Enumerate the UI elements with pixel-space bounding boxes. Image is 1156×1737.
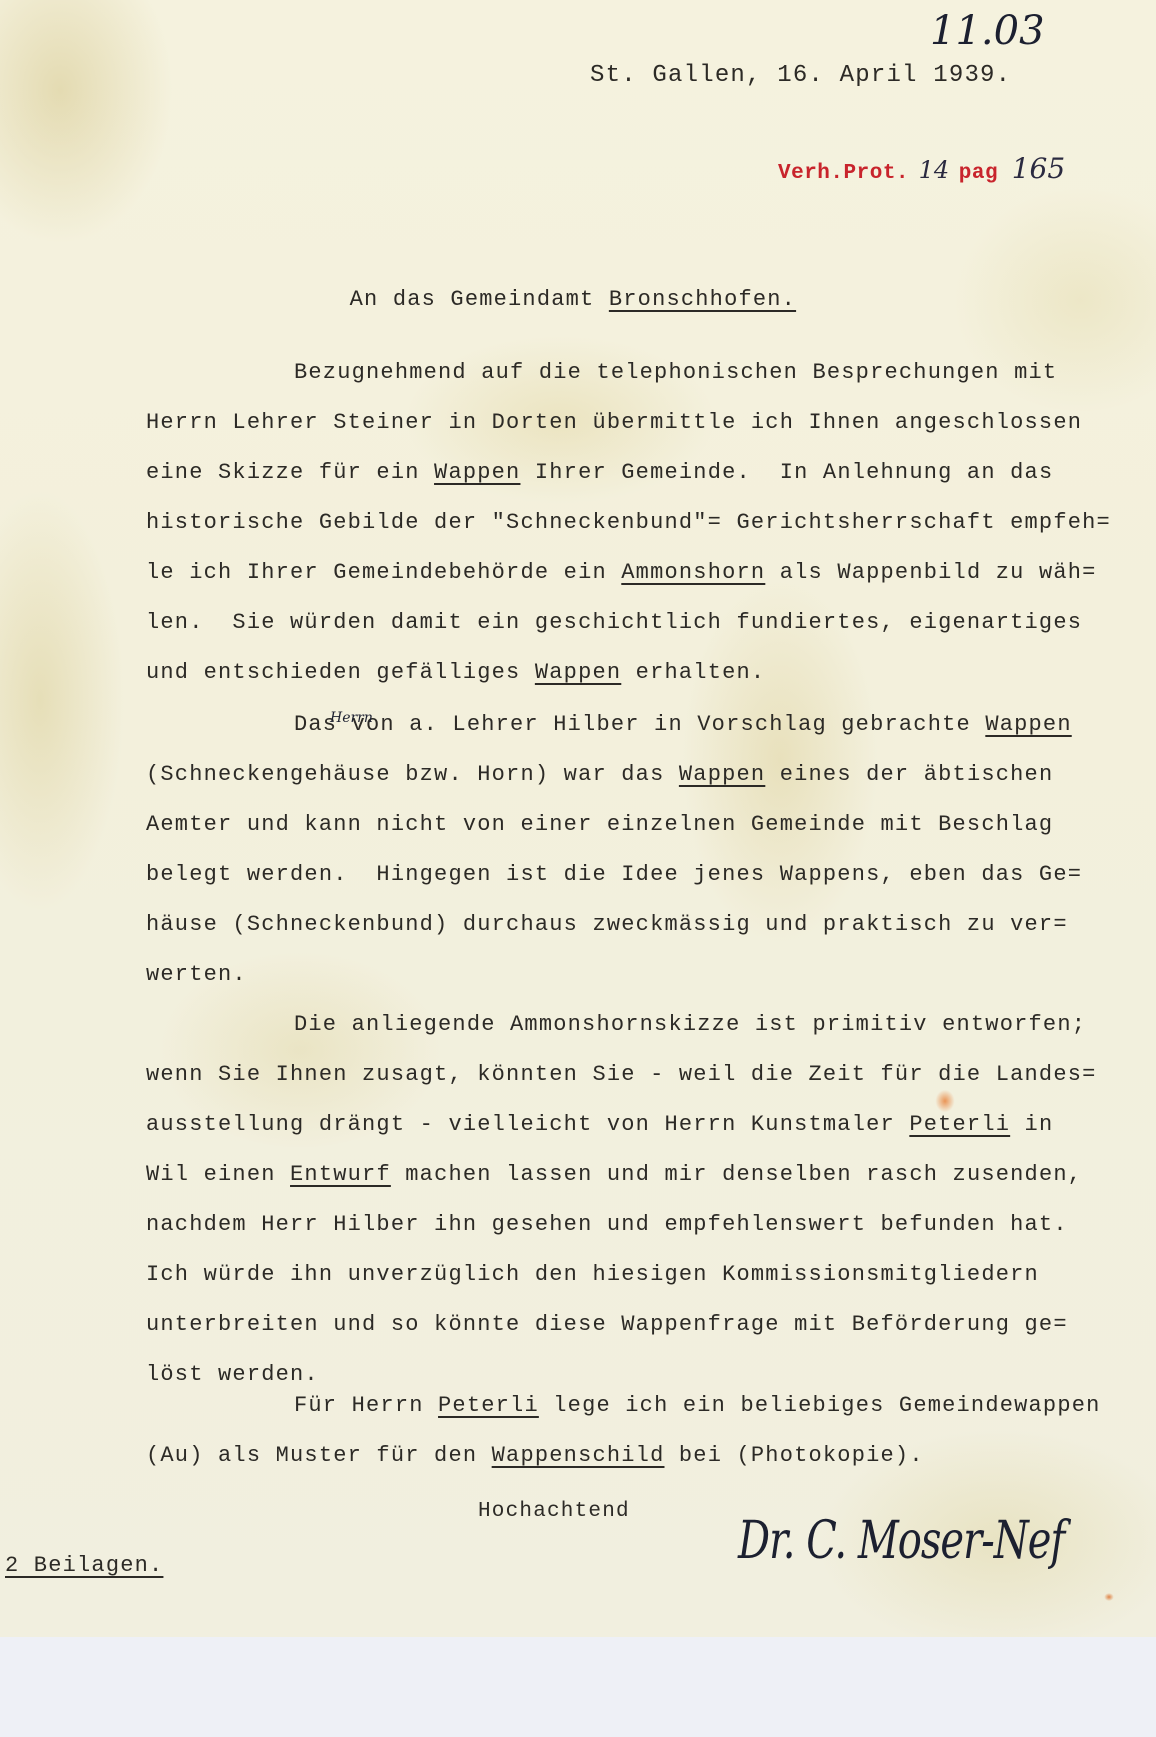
letter-line: belegt werden. Hingegen ist die Idee jen…	[146, 862, 1082, 887]
signature: Dr. C. Moser-Nef	[738, 1511, 1064, 1571]
protocol-stamp: Verh.Prot. 14 pag 165	[778, 152, 1065, 185]
handwritten-insert: Herrn	[330, 710, 373, 726]
stamp-volume: 14	[919, 156, 950, 184]
letter-line: Die anliegende Ammonshornskizze ist prim…	[294, 1012, 1086, 1037]
letter-line: und entschieden gefälliges Wappen erhalt…	[146, 660, 765, 685]
letter-line: Für Herrn Peterli lege ich ein beliebige…	[294, 1393, 1101, 1418]
letter-line: nachdem Herr Hilber ihn gesehen und empf…	[146, 1212, 1068, 1237]
letter-line: Bezugnehmend auf die telephonischen Besp…	[294, 360, 1057, 385]
letter-line: Das von a. Lehrer Hilber in Vorschlag ge…	[294, 712, 1072, 737]
letter-line: unterbreiten und so könnte diese Wappenf…	[146, 1312, 1068, 1337]
letter-line: häuse (Schneckenbund) durchaus zweckmäss…	[146, 912, 1068, 937]
stamp-pag: pag	[959, 162, 998, 185]
letter-line: eine Skizze für ein Wappen Ihrer Gemeind…	[146, 460, 1053, 485]
letter-line: wenn Sie Ihnen zusagt, könnten Sie - wei…	[146, 1062, 1097, 1087]
letter-line: Aemter und kann nicht von einer einzelne…	[146, 812, 1053, 837]
stamp-label: Verh.Prot.	[778, 162, 909, 185]
closing: Hochachtend	[478, 1500, 630, 1523]
letter-line: (Au) als Muster für den Wappenschild bei…	[146, 1443, 924, 1468]
place-date: St. Gallen, 16. April 1939.	[590, 62, 1011, 89]
letter-line: Herrn Lehrer Steiner in Dorten übermittl…	[146, 410, 1082, 435]
enclosures: 2 Beilagen.	[5, 1553, 163, 1578]
letter-line: le ich Ihrer Gemeindebehörde ein Ammonsh…	[146, 560, 1097, 585]
letter-page: 11.03 St. Gallen, 16. April 1939. Verh.P…	[0, 0, 1156, 1637]
letter-line: len. Sie würden damit ein geschichtlich …	[146, 610, 1082, 635]
letter-line: werten.	[146, 962, 247, 987]
archive-number: 11.03	[930, 8, 1045, 54]
letter-line: Ich würde ihn unverzüglich den hiesigen …	[146, 1262, 1039, 1287]
stamp-page: 165	[1012, 152, 1065, 185]
letter-line: Wil einen Entwurf machen lassen und mir …	[146, 1162, 1082, 1187]
letter-line: (Schneckengehäuse bzw. Horn) war das Wap…	[146, 762, 1053, 787]
letter-line: löst werden.	[146, 1362, 319, 1387]
addressee-prefix: An das Gemeindamt	[350, 287, 609, 312]
addressee-name: Bronschhofen.	[609, 287, 796, 312]
addressee: An das Gemeindamt Bronschhofen.	[292, 262, 796, 337]
letter-line: historische Gebilde der "Schneckenbund"=…	[146, 510, 1111, 535]
letter-line: ausstellung drängt - vielleicht von Herr…	[146, 1112, 1053, 1137]
